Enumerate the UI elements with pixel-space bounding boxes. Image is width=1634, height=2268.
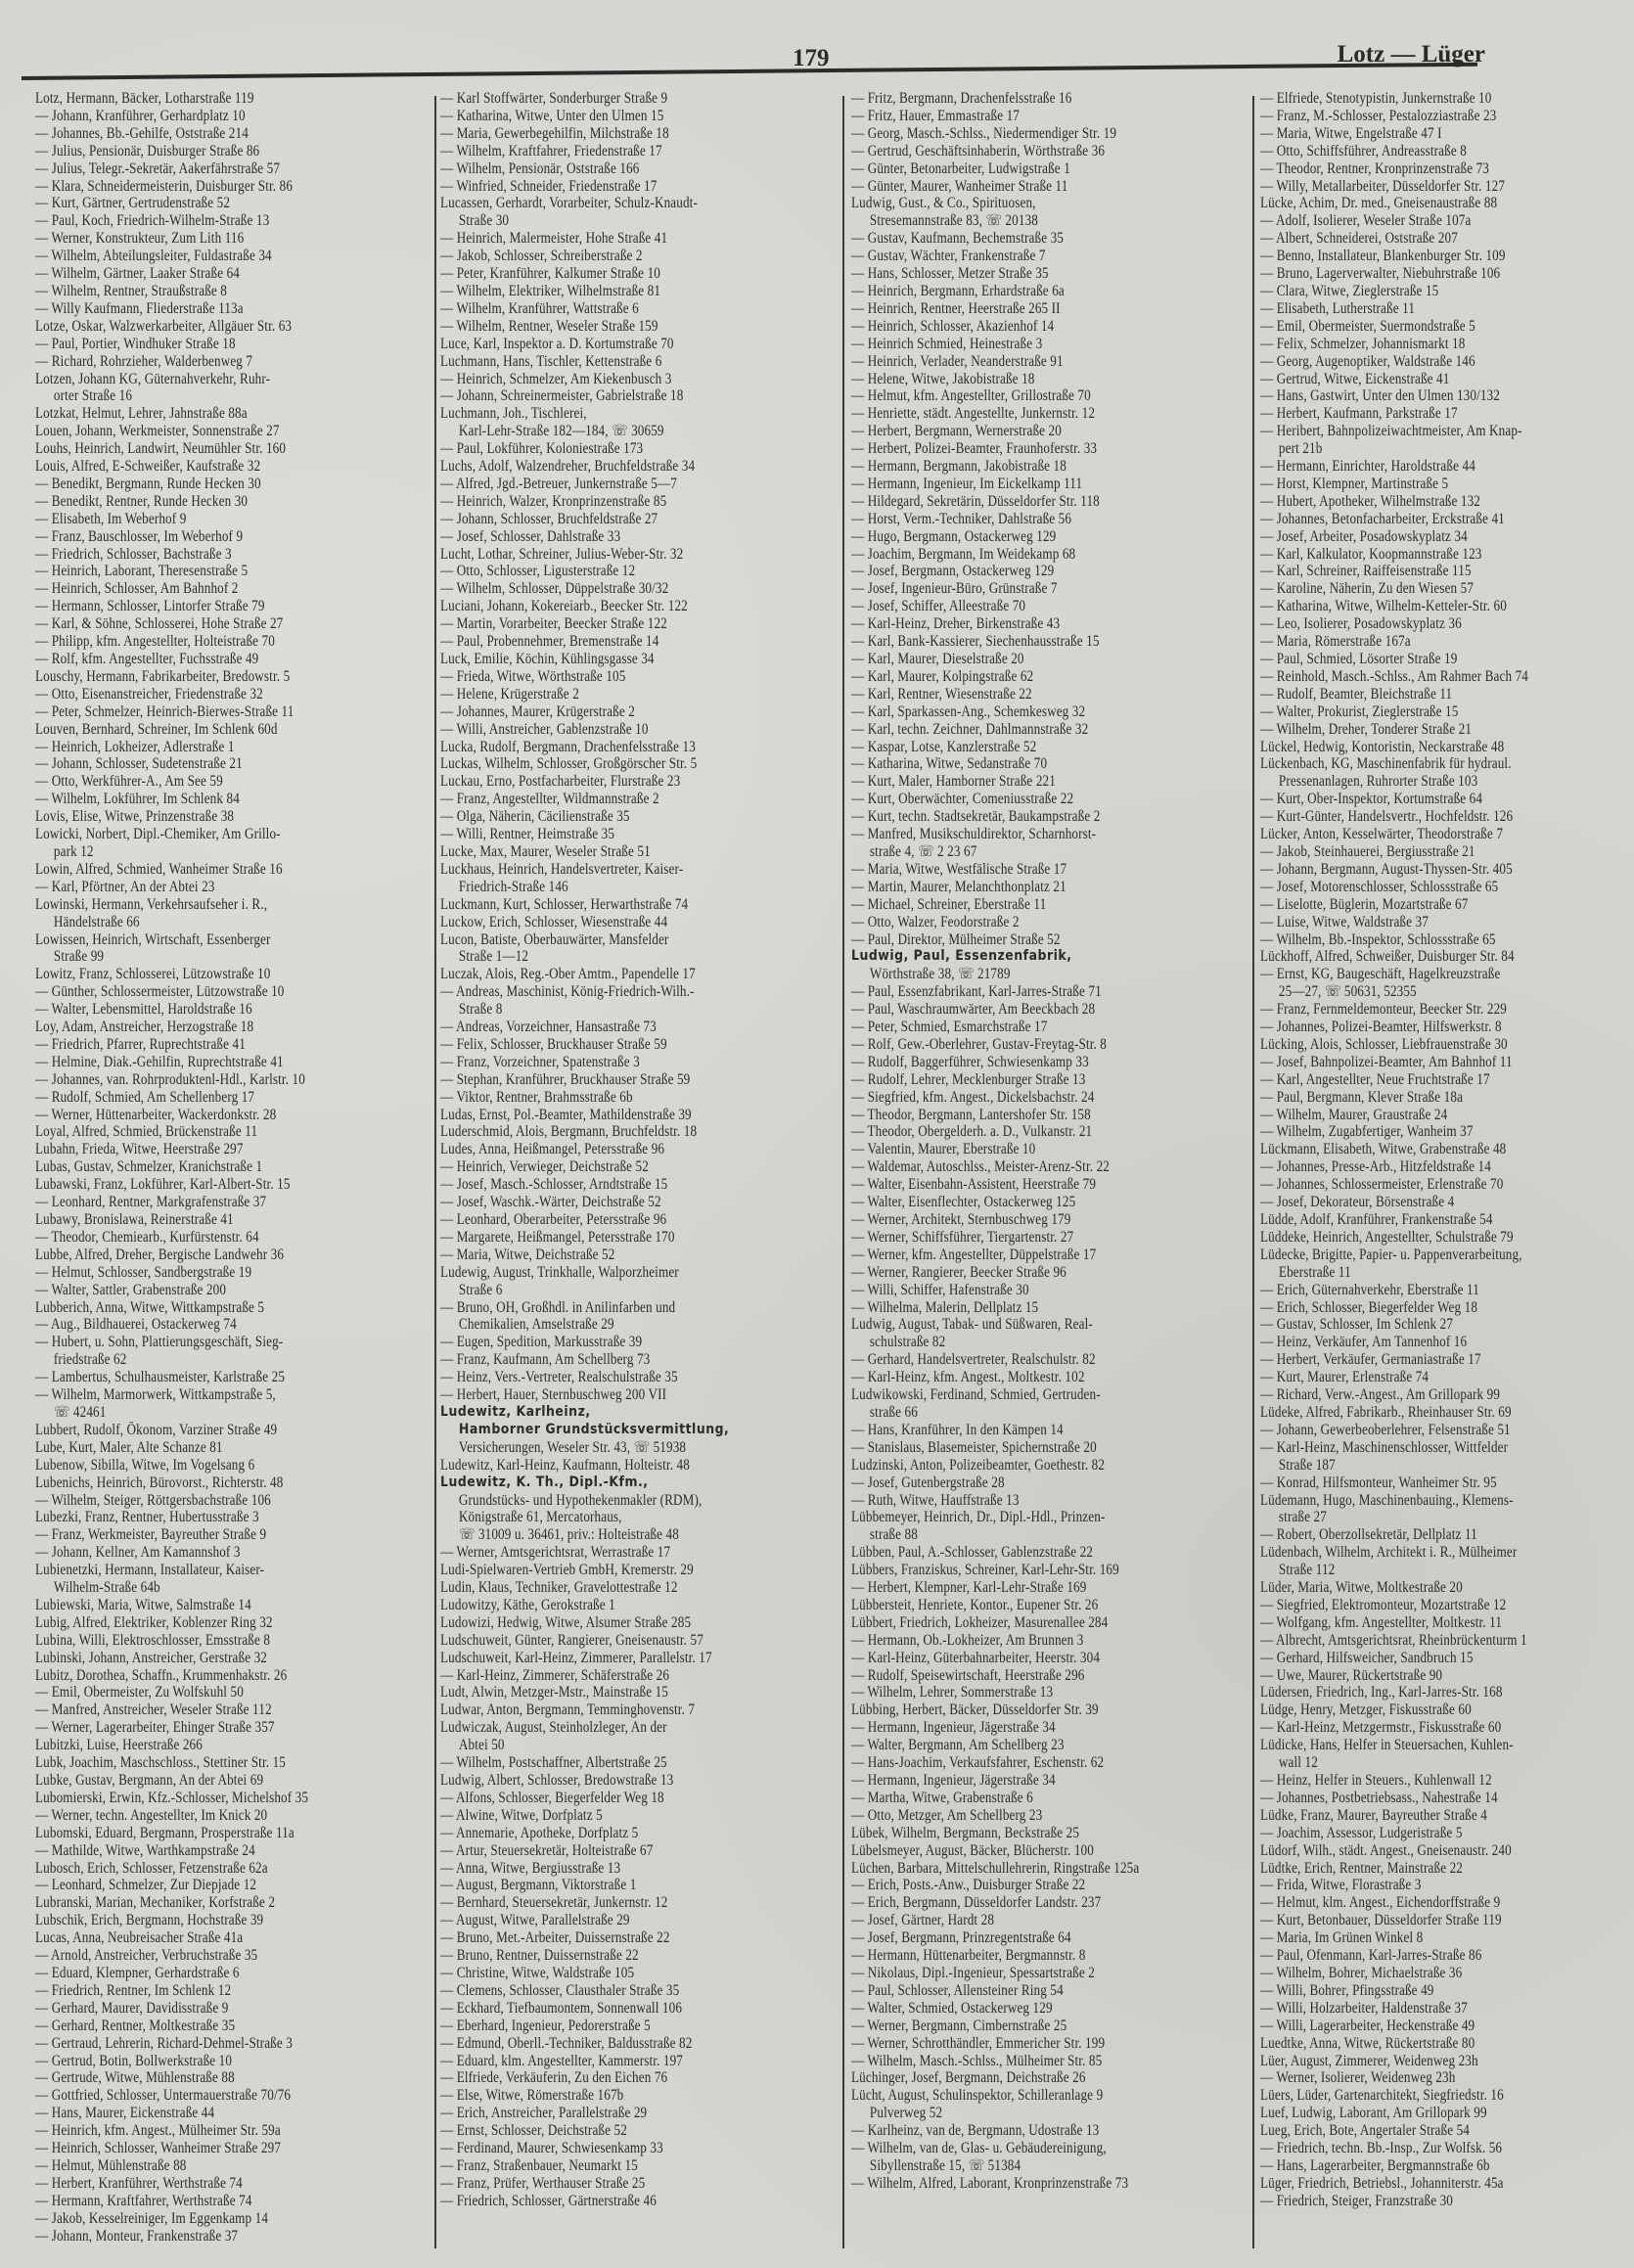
directory-entry: Lubomski, Eduard, Bergmann, Prosperstraß…: [35, 1825, 427, 1842]
directory-entry: — Bruno, Lagerverwalter, Niebuhrstraße 1…: [1260, 265, 1634, 283]
directory-entry: — Julius, Pensionär, Duisburger Straße 8…: [35, 143, 427, 160]
directory-entry: Lubienetzki, Hermann, Installateur, Kais…: [35, 1562, 427, 1579]
directory-entry: — Rudolf, Lehrer, Mecklenburger Straße 1…: [851, 1071, 1243, 1089]
directory-entry: — Herbert, Hauer, Sternbuschweg 200 VII: [440, 1386, 832, 1404]
directory-entry: — Wilhelm, Rentner, Straußstraße 8: [35, 283, 427, 300]
directory-entry: Lübbing, Herbert, Bäcker, Düsseldorfer S…: [851, 1701, 1243, 1719]
directory-entry: Loy, Adam, Anstreicher, Herzogstraße 18: [35, 1019, 427, 1036]
directory-entry: Lucassen, Gerhardt, Vorarbeiter, Schulz-…: [440, 195, 832, 212]
directory-entry: Luchmann, Hans, Tischler, Kettenstraße 6: [440, 353, 832, 371]
directory-entry: Lüddeke, Heinrich, Angestellter, Schulst…: [1260, 1229, 1634, 1247]
directory-entry: Lückmann, Elisabeth, Witwe, Grabenstraße…: [1260, 1141, 1634, 1158]
directory-entry: — Karl, Maurer, Dieselstraße 20: [851, 651, 1243, 668]
directory-entry: — Otto, Schlosser, Ligusterstraße 12: [440, 563, 832, 580]
directory-entry: — Willi, Bohrer, Pfingsstraße 49: [1260, 1982, 1634, 2000]
directory-entry: — Bernhard, Steuersekretär, Junkernstr. …: [440, 1894, 832, 1912]
directory-entry: — Ernst, Schlosser, Deichstraße 52: [440, 2122, 832, 2140]
directory-entry: — Joachim, Assessor, Ludgeristraße 5: [1260, 1825, 1634, 1842]
directory-entry: Luckau, Erno, Postfacharbeiter, Flurstra…: [440, 773, 832, 791]
directory-entry: — Heinrich, Rentner, Heerstraße 265 II: [851, 300, 1243, 318]
directory-entry-continuation: Grundstücks- und Hypothekenmakler (RDM),: [440, 1492, 832, 1510]
directory-entry: Lubig, Alfred, Elektriker, Koblenzer Rin…: [35, 1614, 427, 1632]
directory-entry: — August, Witwe, Parallelstraße 29: [440, 1912, 832, 1929]
directory-entry: Ludi-Spielwaren-Vertrieb GmbH, Kremerstr…: [440, 1562, 832, 1579]
directory-entry: — Michael, Schreiner, Eberstraße 11: [851, 896, 1243, 914]
directory-entry: — Horst, Verm.-Techniker, Dahlstraße 56: [851, 511, 1243, 528]
directory-entry-continuation: 25—27, ☏ 50631, 52355: [1260, 983, 1634, 1001]
directory-entry: — Ernst, KG, Baugeschäft, Hagelkreuzstra…: [1260, 966, 1634, 983]
directory-entry: — Annemarie, Apotheke, Dorfplatz 5: [440, 1825, 832, 1842]
directory-entry: — Alwine, Witwe, Dorfplatz 5: [440, 1807, 832, 1825]
directory-entry: Lüchen, Barbara, Mittelschullehrerin, Ri…: [851, 1860, 1243, 1878]
directory-entry: Lüdicke, Hans, Helfer in Steuersachen, K…: [1260, 1737, 1634, 1754]
directory-entry: — Theodor, Rentner, Kronprinzenstraße 73: [1260, 160, 1634, 178]
directory-entry: — Paul, Portier, Windhuker Straße 18: [35, 336, 427, 353]
directory-entry: — Maria, Im Grünen Winkel 8: [1260, 1929, 1634, 1947]
directory-entry: — Eugen, Spedition, Markusstraße 39: [440, 1334, 832, 1351]
directory-entry: — Heinrich, Bergmann, Erhardstraße 6a: [851, 283, 1243, 300]
directory-entry: — Bruno, Met.-Arbeiter, Duissernstraße 2…: [440, 1929, 832, 1947]
directory-entry: Luck, Emilie, Köchin, Kühlingsgasse 34: [440, 651, 832, 668]
directory-entry: — Kaspar, Lotse, Kanzlerstraße 52: [851, 739, 1243, 756]
directory-entry: — Heinrich, Walzer, Kronprinzenstraße 85: [440, 493, 832, 511]
directory-entry: Ludowizi, Hedwig, Witwe, Alsumer Straße …: [440, 1614, 832, 1632]
directory-entry: Lubina, Willi, Elektroschlosser, Emsstra…: [35, 1632, 427, 1650]
directory-entry: — Siegfried, Elektromonteur, Mozartstraß…: [1260, 1597, 1634, 1614]
directory-entry-continuation: straße 4, ☏ 2 23 67: [851, 843, 1243, 861]
directory-entry: — Theodor, Obergelderh. a. D., Vulkanstr…: [851, 1123, 1243, 1141]
directory-entry: — Erich, Schlosser, Biegerfelder Weg 18: [1260, 1299, 1634, 1317]
directory-entry-continuation: schulstraße 82: [851, 1334, 1243, 1351]
directory-entry-continuation: Straße 99: [35, 948, 427, 966]
directory-entry: Luciani, Johann, Kokereiarb., Beecker St…: [440, 598, 832, 615]
directory-entry: Luef, Ludwig, Laborant, Am Grillopark 99: [1260, 2105, 1634, 2122]
directory-entry: — Siegfried, kfm. Angest., Dickelsbachst…: [851, 1089, 1243, 1107]
column-divider: [842, 96, 844, 2248]
directory-entry: — Karlheinz, van de, Bergmann, Udostraße…: [851, 2122, 1243, 2140]
directory-entry: Ludewitz, K. Th., Dipl.-Kfm.,: [440, 1474, 832, 1492]
column-3: — Fritz, Bergmann, Drachenfelsstraße 16—…: [851, 90, 1243, 2243]
directory-entry-continuation: ☏ 42461: [35, 1404, 427, 1422]
directory-entry-continuation: Hamborner Grundstücksvermittlung,: [440, 1422, 832, 1439]
directory-entry: — Waldemar, Autoschlss., Meister-Arenz-S…: [851, 1158, 1243, 1176]
directory-entry: — Wilhelm, Kranführer, Wattstraße 6: [440, 300, 832, 318]
directory-entry: — Karl-Heinz, Maschinenschlosser, Wittfe…: [1260, 1439, 1634, 1457]
directory-entry: — Heinrich Schmied, Heinestraße 3: [851, 336, 1243, 353]
directory-entry: — Herbert, Kaufmann, Parkstraße 17: [1260, 405, 1634, 423]
directory-entry: — Bruno, OH, Großhdl. in Anilinfarben un…: [440, 1299, 832, 1317]
directory-entry: Lübben, Paul, A.-Schlosser, Gablenzstraß…: [851, 1544, 1243, 1562]
directory-entry: Lüdge, Henry, Metzger, Fiskusstraße 60: [1260, 1701, 1634, 1719]
directory-entry: — Bruno, Rentner, Duissernstraße 22: [440, 1947, 832, 1965]
directory-entry: — Gertrude, Witwe, Mühlenstraße 88: [35, 2069, 427, 2087]
directory-entry: — Johannes, Presse-Arb., Hitzfeldstraße …: [1260, 1158, 1634, 1176]
directory-entry: Luckow, Erich, Schlosser, Wiesenstraße 4…: [440, 914, 832, 931]
directory-entry: — Wilhelm, Masch.-Schlss., Mülheimer Str…: [851, 2053, 1243, 2070]
directory-entry: — Theodor, Bergmann, Lantershofer Str. 1…: [851, 1107, 1243, 1124]
directory-entry: Lueg, Erich, Bote, Angertaler Straße 54: [1260, 2122, 1634, 2140]
directory-entry: — Josef, Dekorateur, Börsenstraße 4: [1260, 1194, 1634, 1211]
directory-entry: Lückhoff, Alfred, Schweißer, Duisburger …: [1260, 948, 1634, 966]
directory-entry-continuation: Straße 187: [1260, 1457, 1634, 1474]
directory-entry: — Kurt-Günter, Handelsvertr., Hochfeldst…: [1260, 808, 1634, 826]
directory-entry: — Helene, Witwe, Jakobistraße 18: [851, 371, 1243, 388]
directory-entry: — Johann, Schreinermeister, Gabrielstraß…: [440, 387, 832, 405]
directory-entry: — Benedikt, Bergmann, Runde Hecken 30: [35, 476, 427, 493]
directory-entry: — Werner, kfm. Angestellter, Düppelstraß…: [851, 1247, 1243, 1264]
directory-entry: Lüdke, Franz, Maurer, Bayreuther Straße …: [1260, 1807, 1634, 1825]
directory-entry: — Winfried, Schneider, Friedenstraße 17: [440, 178, 832, 196]
directory-entry: — Elisabeth, Im Weberhof 9: [35, 511, 427, 528]
directory-entry: Lüer, August, Zimmerer, Weidenweg 23h: [1260, 2053, 1634, 2070]
directory-entry: — Hildegard, Sekretärin, Düsseldorfer St…: [851, 493, 1243, 511]
directory-entry: — Werner, Schrotthändler, Emmericher Str…: [851, 2035, 1243, 2053]
directory-entry: — Wilhelm, Zugabfertiger, Wanheim 37: [1260, 1123, 1634, 1141]
directory-entry: — Theodor, Chemiearb., Kurfürstenstr. 64: [35, 1229, 427, 1247]
directory-entry: Lücking, Alois, Schlosser, Liebfrauenstr…: [1260, 1036, 1634, 1054]
directory-entry: — Karl, Schreiner, Raiffeisenstraße 115: [1260, 563, 1634, 580]
directory-entry: Lübbers, Franziskus, Schreiner, Karl-Leh…: [851, 1562, 1243, 1579]
directory-entry: — Karl-Heinz, Dreher, Birkenstraße 43: [851, 615, 1243, 633]
directory-entry: — Johannes, Maurer, Krügerstraße 2: [440, 703, 832, 721]
directory-entry: — Maria, Römerstraße 167a: [1260, 633, 1634, 651]
directory-entry: — Johann, Monteur, Frankenstraße 37: [35, 2228, 427, 2243]
directory-entry: — Franz, M.-Schlosser, Pestalozziastraße…: [1260, 108, 1634, 125]
directory-entry: Lüdde, Adolf, Kranführer, Frankenstraße …: [1260, 1211, 1634, 1229]
directory-entry: Ludes, Anna, Heißmangel, Petersstraße 96: [440, 1141, 832, 1158]
directory-entry: Lübek, Wilhelm, Bergmann, Beckstraße 25: [851, 1825, 1243, 1842]
directory-entry: — Werner, Lagerarbeiter, Ehinger Straße …: [35, 1719, 427, 1737]
directory-entry: — Wilhelma, Malerin, Dellplatz 15: [851, 1299, 1243, 1317]
directory-entry: — Gerhard, Hilfsweicher, Sandbruch 15: [1260, 1650, 1634, 1667]
directory-entry: Luckas, Wilhelm, Schlosser, Großgörscher…: [440, 755, 832, 773]
directory-entry: Lowicki, Norbert, Dipl.-Chemiker, Am Gri…: [35, 826, 427, 843]
directory-entry: Lüder, Maria, Witwe, Moltkestraße 20: [1260, 1579, 1634, 1597]
directory-entry-continuation: Wilhelm-Straße 64b: [35, 1579, 427, 1597]
directory-entry-continuation: Stresemannstraße 83, ☏ 20138: [851, 212, 1243, 230]
directory-entry: Ludwar, Anton, Bergmann, Temminghovenstr…: [440, 1701, 832, 1719]
directory-entry: Loyal, Alfred, Schmied, Brückenstraße 11: [35, 1123, 427, 1141]
directory-entry: — Wilhelm, Kraftfahrer, Friedenstraße 17: [440, 143, 832, 160]
directory-entry: Lücke, Achim, Dr. med., Gneisenaustraße …: [1260, 195, 1634, 212]
directory-entry: Luchmann, Joh., Tischlerei,: [440, 405, 832, 423]
directory-entry: — Maria, Witwe, Engelstraße 47 I: [1260, 125, 1634, 143]
directory-entry: — Leo, Isolierer, Posadowskyplatz 36: [1260, 615, 1634, 633]
directory-entry: — Nikolaus, Dipl.-Ingenieur, Spessartstr…: [851, 1965, 1243, 1982]
directory-entry: — Ferdinand, Maurer, Schwiesenkamp 33: [440, 2140, 832, 2157]
directory-entry: Lubezki, Franz, Rentner, Hubertusstraße …: [35, 1509, 427, 1526]
directory-entry: — Uwe, Maurer, Rückertstraße 90: [1260, 1667, 1634, 1685]
directory-entry: Lowissen, Heinrich, Wirtschaft, Essenber…: [35, 931, 427, 949]
directory-entry: — Luise, Witwe, Waldstraße 37: [1260, 914, 1634, 931]
directory-entry: — Rolf, Gew.-Oberlehrer, Gustav-Freytag-…: [851, 1036, 1243, 1054]
directory-entry: — Rudolf, Baggerführer, Schwiesenkamp 33: [851, 1054, 1243, 1071]
directory-entry: — Jakob, Schlosser, Schreiberstraße 2: [440, 248, 832, 265]
directory-entry: — August, Bergmann, Viktorstraße 1: [440, 1877, 832, 1894]
directory-entry: — Karl, techn. Zeichner, Dahlmannstraße …: [851, 721, 1243, 739]
directory-entry: — Günter, Maurer, Wanheimer Straße 11: [851, 178, 1243, 196]
directory-entry: — Maria, Witwe, Westfälische Straße 17: [851, 861, 1243, 879]
directory-entry: — Johannes, Polizei-Beamter, Hilfswerkst…: [1260, 1019, 1634, 1036]
directory-entry: — Friedrich, techn. Bb.-Insp., Zur Wolfs…: [1260, 2140, 1634, 2157]
directory-entry-continuation: ☏ 31009 u. 36461, priv.: Holteistraße 48: [440, 1526, 832, 1544]
directory-entry: — Otto, Eisenanstreicher, Friedenstraße …: [35, 686, 427, 703]
directory-entry-continuation: Eberstraße 11: [1260, 1264, 1634, 1282]
directory-entry: — Johann, Schlosser, Bruchfeldstraße 27: [440, 511, 832, 528]
directory-entry: — Karl, Pförtner, An der Abtei 23: [35, 879, 427, 896]
directory-entry: — Henriette, städt. Angestellte, Junkern…: [851, 405, 1243, 423]
column-1: Lotz, Hermann, Bäcker, Lotharstraße 119—…: [35, 90, 427, 2243]
directory-entry: Lücht, August, Schulinspektor, Schillera…: [851, 2087, 1243, 2105]
directory-entry: Lüchinger, Josef, Bergmann, Deichstraße …: [851, 2069, 1243, 2087]
directory-entry: — Franz, Vorzeichner, Spatenstraße 3: [440, 1054, 832, 1071]
directory-entry: — Heinrich, Verwieger, Deichstraße 52: [440, 1158, 832, 1176]
directory-entry: — Hermann, Ingenieur, Jägerstraße 34: [851, 1719, 1243, 1737]
directory-entry: — Johann, Bergmann, August-Thyssen-Str. …: [1260, 861, 1634, 879]
directory-entry: Ludin, Klaus, Techniker, Gravelottestraß…: [440, 1579, 832, 1597]
directory-entry: — Werner, Hüttenarbeiter, Wackerdonkstr.…: [35, 1107, 427, 1124]
directory-entry: — Heinrich, Schlosser, Akazienhof 14: [851, 318, 1243, 336]
directory-entry: Lubawy, Bronislawa, Reinerstraße 41: [35, 1211, 427, 1229]
directory-entry: Lucon, Batiste, Oberbauwärter, Mansfelde…: [440, 931, 832, 949]
directory-entry-continuation: pert 21b: [1260, 440, 1634, 458]
directory-entry: — Frieda, Witwe, Wörthstraße 105: [440, 668, 832, 686]
header-rule: [22, 63, 1477, 80]
directory-entry: — Heinrich, Schlosser, Am Bahnhof 2: [35, 580, 427, 598]
directory-entry: — Hans, Maurer, Eickenstraße 44: [35, 2105, 427, 2122]
directory-entry: — Helmut, Schlosser, Sandbergstraße 19: [35, 1264, 427, 1282]
directory-entry: — Otto, Metzger, Am Schellberg 23: [851, 1807, 1243, 1825]
directory-entry: — Josef, Bahnpolizei-Beamter, Am Bahnhof…: [1260, 1054, 1634, 1071]
directory-entry: Lovis, Elise, Witwe, Prinzenstraße 38: [35, 808, 427, 826]
directory-entry: — Wilhelm, Pensionär, Oststraße 166: [440, 160, 832, 178]
directory-entry: — Helmut, klm. Angest., Eichendorffstraß…: [1260, 1894, 1634, 1912]
directory-entry: — Paul, Essenzfabrikant, Karl-Jarres-Str…: [851, 983, 1243, 1001]
directory-entry: — Josef, Waschk.-Wärter, Deichstraße 52: [440, 1194, 832, 1211]
directory-entry: Lüers, Lüder, Gartenarchitekt, Siegfried…: [1260, 2087, 1634, 2105]
directory-entry: — Hermann, Ob.-Lokheizer, Am Brunnen 3: [851, 1632, 1243, 1650]
directory-entry: — Heinz, Vers.-Vertreter, Realschulstraß…: [440, 1369, 832, 1386]
directory-entry: — Alfred, Jgd.-Betreuer, Junkernstraße 5…: [440, 476, 832, 493]
directory-entry: Lubenichs, Heinrich, Bürovorst., Richter…: [35, 1474, 427, 1492]
directory-entry: Lüger, Friedrich, Betriebsl., Johanniter…: [1260, 2175, 1634, 2193]
directory-entry: — Willi, Rentner, Heimstraße 35: [440, 826, 832, 843]
directory-entry: Ludwig, Paul, Essenzenfabrik,: [851, 948, 1243, 966]
directory-entry: — Paul, Direktor, Mülheimer Straße 52: [851, 931, 1243, 949]
directory-entry: — Kurt, Ober-Inspektor, Kortumstraße 64: [1260, 791, 1634, 808]
directory-entry: — Benedikt, Rentner, Runde Hecken 30: [35, 493, 427, 511]
directory-entry: — Katharina, Witwe, Wilhelm-Ketteler-Str…: [1260, 598, 1634, 615]
directory-entry: — Franz, Fernmeldemonteur, Beecker Str. …: [1260, 1001, 1634, 1019]
directory-entry: Lube, Kurt, Maler, Alte Schanze 81: [35, 1439, 427, 1457]
directory-entry: Lowitz, Franz, Schlosserei, Lützowstraße…: [35, 966, 427, 983]
directory-entry: — Felix, Schmelzer, Johannismarkt 18: [1260, 336, 1634, 353]
directory-entry: — Eduard, Klempner, Gerhardstraße 6: [35, 1965, 427, 1982]
directory-entry: — Friedrich, Schlosser, Bachstraße 3: [35, 546, 427, 564]
directory-entry: Lubschik, Erich, Bergmann, Hochstraße 39: [35, 1912, 427, 1929]
directory-entry: — Konrad, Hilfsmonteur, Wanheimer Str. 9…: [1260, 1474, 1634, 1492]
directory-entry-continuation: Karl-Lehr-Straße 182—184, ☏ 30659: [440, 423, 832, 440]
directory-entry: — Werner, Konstrukteur, Zum Lith 116: [35, 230, 427, 248]
directory-entry: — Hubert, Apotheker, Wilhelmstraße 132: [1260, 493, 1634, 511]
directory-entry: — Erich, Anstreicher, Parallelstraße 29: [440, 2105, 832, 2122]
directory-entry-continuation: straße 66: [851, 1404, 1243, 1422]
directory-entry: — Johannes, Postbetriebsass., Nahestraße…: [1260, 1790, 1634, 1807]
directory-entry-continuation: Sibyllenstraße 15, ☏ 51384: [851, 2157, 1243, 2175]
directory-entry: — Frida, Witwe, Florastraße 3: [1260, 1877, 1634, 1894]
directory-entry: — Rolf, kfm. Angestellter, Fuchsstraße 4…: [35, 651, 427, 668]
directory-entry: — Liselotte, Büglerin, Mozartstraße 67: [1260, 896, 1634, 914]
directory-entry: — Helmut, kfm. Angestellter, Grillostraß…: [851, 387, 1243, 405]
directory-entry: — Paul, Schmied, Lösorter Straße 19: [1260, 651, 1634, 668]
directory-entry-continuation: wall 12: [1260, 1754, 1634, 1772]
directory-entry: — Gottfried, Schlosser, Untermauerstraße…: [35, 2087, 427, 2105]
directory-entry: — Adolf, Isolierer, Weseler Straße 107a: [1260, 212, 1634, 230]
directory-entry: Lubberich, Anna, Witwe, Wittkampstraße 5: [35, 1299, 427, 1317]
directory-entry: — Friedrich, Schlosser, Gärtnerstraße 46: [440, 2193, 832, 2210]
directory-entry: — Margarete, Heißmangel, Petersstraße 17…: [440, 1229, 832, 1247]
directory-entry: — Hermann, Hüttenarbeiter, Bergmannstr. …: [851, 1947, 1243, 1965]
directory-entry: — Johannes, van. Rohrproduktenl-Hdl., Ka…: [35, 1071, 427, 1089]
directory-entry: — Karl, Bank-Kassierer, Siechenhausstraß…: [851, 633, 1243, 651]
directory-entry: — Erich, Güternahverkehr, Eberstraße 11: [1260, 1282, 1634, 1299]
directory-entry: — Maria, Gewerbegehilfin, Milchstraße 18: [440, 125, 832, 143]
directory-entry: — Alfons, Schlosser, Biegerfelder Weg 18: [440, 1790, 832, 1807]
directory-entry-continuation: Pressenanlagen, Ruhrorter Straße 103: [1260, 773, 1634, 791]
directory-entry: — Albert, Schneiderei, Oststraße 207: [1260, 230, 1634, 248]
directory-entry: — Jakob, Kesselreiniger, Im Eggenkamp 14: [35, 2210, 427, 2228]
directory-entry: — Christine, Witwe, Waldstraße 105: [440, 1965, 832, 1982]
directory-entry: Lubomierski, Erwin, Kfz.-Schlosser, Mich…: [35, 1790, 427, 1807]
directory-entry: Lubbe, Alfred, Dreher, Bergische Landweh…: [35, 1247, 427, 1264]
directory-entry: — Elfriede, Verkäuferin, Zu den Eichen 7…: [440, 2069, 832, 2087]
directory-entry-continuation: park 12: [35, 843, 427, 861]
directory-entry: Lückenbach, KG, Maschinenfabrik für hydr…: [1260, 755, 1634, 773]
directory-entry: — Willi, Anstreicher, Gablenzstraße 10: [440, 721, 832, 739]
directory-entry: Luckmann, Kurt, Schlosser, Herwarthstraß…: [440, 896, 832, 914]
directory-entry: Lubas, Gustav, Schmelzer, Kranichstraße …: [35, 1158, 427, 1176]
directory-entry: — Fritz, Hauer, Emmastraße 17: [851, 108, 1243, 125]
directory-entry: — Peter, Schmied, Esmarchstraße 17: [851, 1019, 1243, 1036]
directory-entry: Lüdorf, Wilh., städt. Angest., Gneisenau…: [1260, 1842, 1634, 1860]
directory-entry: — Erich, Posts.-Anw., Duisburger Straße …: [851, 1877, 1243, 1894]
directory-entry: — Manfred, Anstreicher, Weseler Straße 1…: [35, 1701, 427, 1719]
directory-entry: — Martha, Witwe, Grabenstraße 6: [851, 1790, 1243, 1807]
directory-entry: — Walter, Sattler, Grabenstraße 200: [35, 1282, 427, 1299]
directory-entry: — Richard, Rohrzieher, Walderbenweg 7: [35, 353, 427, 371]
directory-entry: — Eduard, klm. Angestellter, Kammerstr. …: [440, 2053, 832, 2070]
directory-entry: — Erich, Bergmann, Düsseldorfer Landstr.…: [851, 1894, 1243, 1912]
directory-entry: Luckhaus, Heinrich, Handelsvertreter, Ka…: [440, 861, 832, 879]
directory-entry: Lübbemeyer, Heinrich, Dr., Dipl.-Hdl., P…: [851, 1509, 1243, 1526]
directory-entry: — Hugo, Bergmann, Ostackerweg 129: [851, 528, 1243, 546]
directory-entry: — Hermann, Kraftfahrer, Werthstraße 74: [35, 2193, 427, 2210]
directory-entry: — Otto, Schiffsführer, Andreasstraße 8: [1260, 143, 1634, 160]
directory-entry: — Clemens, Schlosser, Clausthaler Straße…: [440, 1982, 832, 2000]
directory-entry: Lubosch, Erich, Schlosser, Fetzenstraße …: [35, 1860, 427, 1878]
directory-entry: — Richard, Verw.-Angest., Am Grillopark …: [1260, 1386, 1634, 1404]
directory-entry: — Kurt, Gärtner, Gertrudenstraße 52: [35, 195, 427, 212]
directory-entry: Luedtke, Anna, Witwe, Rückertstraße 80: [1260, 2035, 1634, 2053]
directory-entry: Lübbert, Friedrich, Lokheizer, Masurenal…: [851, 1614, 1243, 1632]
directory-entry-continuation: Versicherungen, Weseler Str. 43, ☏ 51938: [440, 1439, 832, 1457]
directory-entry: — Wilhelm, Maurer, Graustraße 24: [1260, 1107, 1634, 1124]
directory-entry: — Eckhard, Tiefbaumontem, Sonnenwall 106: [440, 2000, 832, 2018]
directory-entry: — Aug., Bildhauerei, Ostackerweg 74: [35, 1316, 427, 1334]
directory-entry: Lotzkat, Helmut, Lehrer, Jahnstraße 88a: [35, 405, 427, 423]
directory-entry: — Otto, Werkführer-A., Am See 59: [35, 773, 427, 791]
directory-entry: Louschy, Hermann, Fabrikarbeiter, Bredow…: [35, 668, 427, 686]
directory-entry: — Hermann, Schlosser, Lintorfer Straße 7…: [35, 598, 427, 615]
directory-entry: — Herbert, Polizei-Beamter, Fraunhoferst…: [851, 440, 1243, 458]
directory-entry: — Benno, Installateur, Blankenburger Str…: [1260, 248, 1634, 265]
directory-entry: — Eberhard, Ingenieur, Pedorerstraße 5: [440, 2018, 832, 2035]
directory-entry: Lucas, Anna, Neubreisacher Straße 41a: [35, 1929, 427, 1947]
directory-entry: — Heinrich, Verlader, Neanderstraße 91: [851, 353, 1243, 371]
directory-entry: — Friedrich, Steiger, Franzstraße 30: [1260, 2193, 1634, 2210]
directory-entry: — Gerhard, Maurer, Davidisstraße 9: [35, 2000, 427, 2018]
directory-entry: — Gustav, Wächter, Frankenstraße 7: [851, 248, 1243, 265]
directory-entry: — Wilhelm, Dreher, Tonderer Straße 21: [1260, 721, 1634, 739]
directory-entry: Lubawski, Franz, Lokführer, Karl-Albert-…: [35, 1176, 427, 1194]
directory-entry: — Rudolf, Beamter, Bleichstraße 11: [1260, 686, 1634, 703]
directory-entry-continuation: straße 88: [851, 1526, 1243, 1544]
directory-entry: Louen, Johann, Werkmeister, Sonnenstraße…: [35, 423, 427, 440]
directory-entry: — Hans, Kranführer, In den Kämpen 14: [851, 1422, 1243, 1439]
directory-entry: — Hans-Joachim, Verkaufsfahrer, Eschenst…: [851, 1754, 1243, 1772]
directory-entry-continuation: straße 27: [1260, 1509, 1634, 1526]
directory-entry: — Paul, Bergmann, Klever Straße 18a: [1260, 1089, 1634, 1107]
directory-entry-continuation: Straße 30: [440, 212, 832, 230]
directory-entry: — Stephan, Kranführer, Bruckhauser Straß…: [440, 1071, 832, 1089]
directory-entry: Lüdecke, Brigitte, Papier- u. Pappenvera…: [1260, 1247, 1634, 1264]
directory-entry: — Karl-Heinz, Güterbahnarbeiter, Heerstr…: [851, 1650, 1243, 1667]
directory-entry-continuation: Straße 1—12: [440, 948, 832, 966]
directory-entry: — Anna, Witwe, Bergiusstraße 13: [440, 1860, 832, 1878]
directory-entry: — Paul, Ofenmann, Karl-Jarres-Straße 86: [1260, 1947, 1634, 1965]
directory-entry: — Olga, Näherin, Cäcilienstraße 35: [440, 808, 832, 826]
directory-entry: — Heinrich, kfm. Angest., Mülheimer Str.…: [35, 2122, 427, 2140]
directory-entry: — Hans, Gastwirt, Unter den Ulmen 130/13…: [1260, 387, 1634, 405]
directory-entry: Lubitzki, Luise, Heerstraße 266: [35, 1737, 427, 1754]
directory-entry: — Wilhelm, Steiger, Röttgersbachstraße 1…: [35, 1492, 427, 1510]
directory-entry: — Albrecht, Amtsgerichtsrat, Rheinbrücke…: [1260, 1632, 1634, 1650]
directory-entry: — Gertrud, Geschäftsinhaberin, Wörthstra…: [851, 143, 1243, 160]
directory-entry: — Horst, Klempner, Martinstraße 5: [1260, 476, 1634, 493]
directory-entry-continuation: Straße 6: [440, 1282, 832, 1299]
directory-entry: Lüdersen, Friedrich, Ing., Karl-Jarres-S…: [1260, 1684, 1634, 1701]
directory-entry-continuation: Wörthstraße 38, ☏ 21789: [851, 966, 1243, 983]
directory-entry: — Heinz, Helfer in Steuers., Kuhlenwall …: [1260, 1772, 1634, 1790]
directory-entry: Louis, Alfred, E-Schweißer, Kaufstraße 3…: [35, 458, 427, 476]
directory-entry: — Kurt, Oberwächter, Comeniusstraße 22: [851, 791, 1243, 808]
directory-entry: — Felix, Schlosser, Bruckhauser Straße 5…: [440, 1036, 832, 1054]
directory-entry: Lubk, Joachim, Maschschloss., Stettiner …: [35, 1754, 427, 1772]
directory-entry: Ludschuweit, Karl-Heinz, Zimmerer, Paral…: [440, 1650, 832, 1667]
directory-entry: — Heinrich, Laborant, Theresenstraße 5: [35, 563, 427, 580]
directory-entry: — Walter, Eisenflechter, Ostackerweg 125: [851, 1194, 1243, 1211]
directory-entry: Luderschmid, Alois, Bergmann, Bruchfelds…: [440, 1123, 832, 1141]
directory-entry: — Katharina, Witwe, Unter den Ulmen 15: [440, 108, 832, 125]
directory-entry: — Hermann, Einrichter, Haroldstraße 44: [1260, 458, 1634, 476]
directory-entry: — Heribert, Bahnpolizeiwachtmeister, Am …: [1260, 423, 1634, 440]
directory-entry: — Arnold, Anstreicher, Verbruchstraße 35: [35, 1947, 427, 1965]
directory-entry: Lubke, Gustav, Bergmann, An der Abtei 69: [35, 1772, 427, 1790]
directory-entry: Lübbersteit, Henriete, Kontor., Eupener …: [851, 1597, 1243, 1614]
directory-entry: Luce, Karl, Inspektor a. D. Kortumstraße…: [440, 336, 832, 353]
directory-entry: — Gertrud, Witwe, Eickenstraße 41: [1260, 371, 1634, 388]
directory-entry-continuation: Straße 8: [440, 1001, 832, 1019]
